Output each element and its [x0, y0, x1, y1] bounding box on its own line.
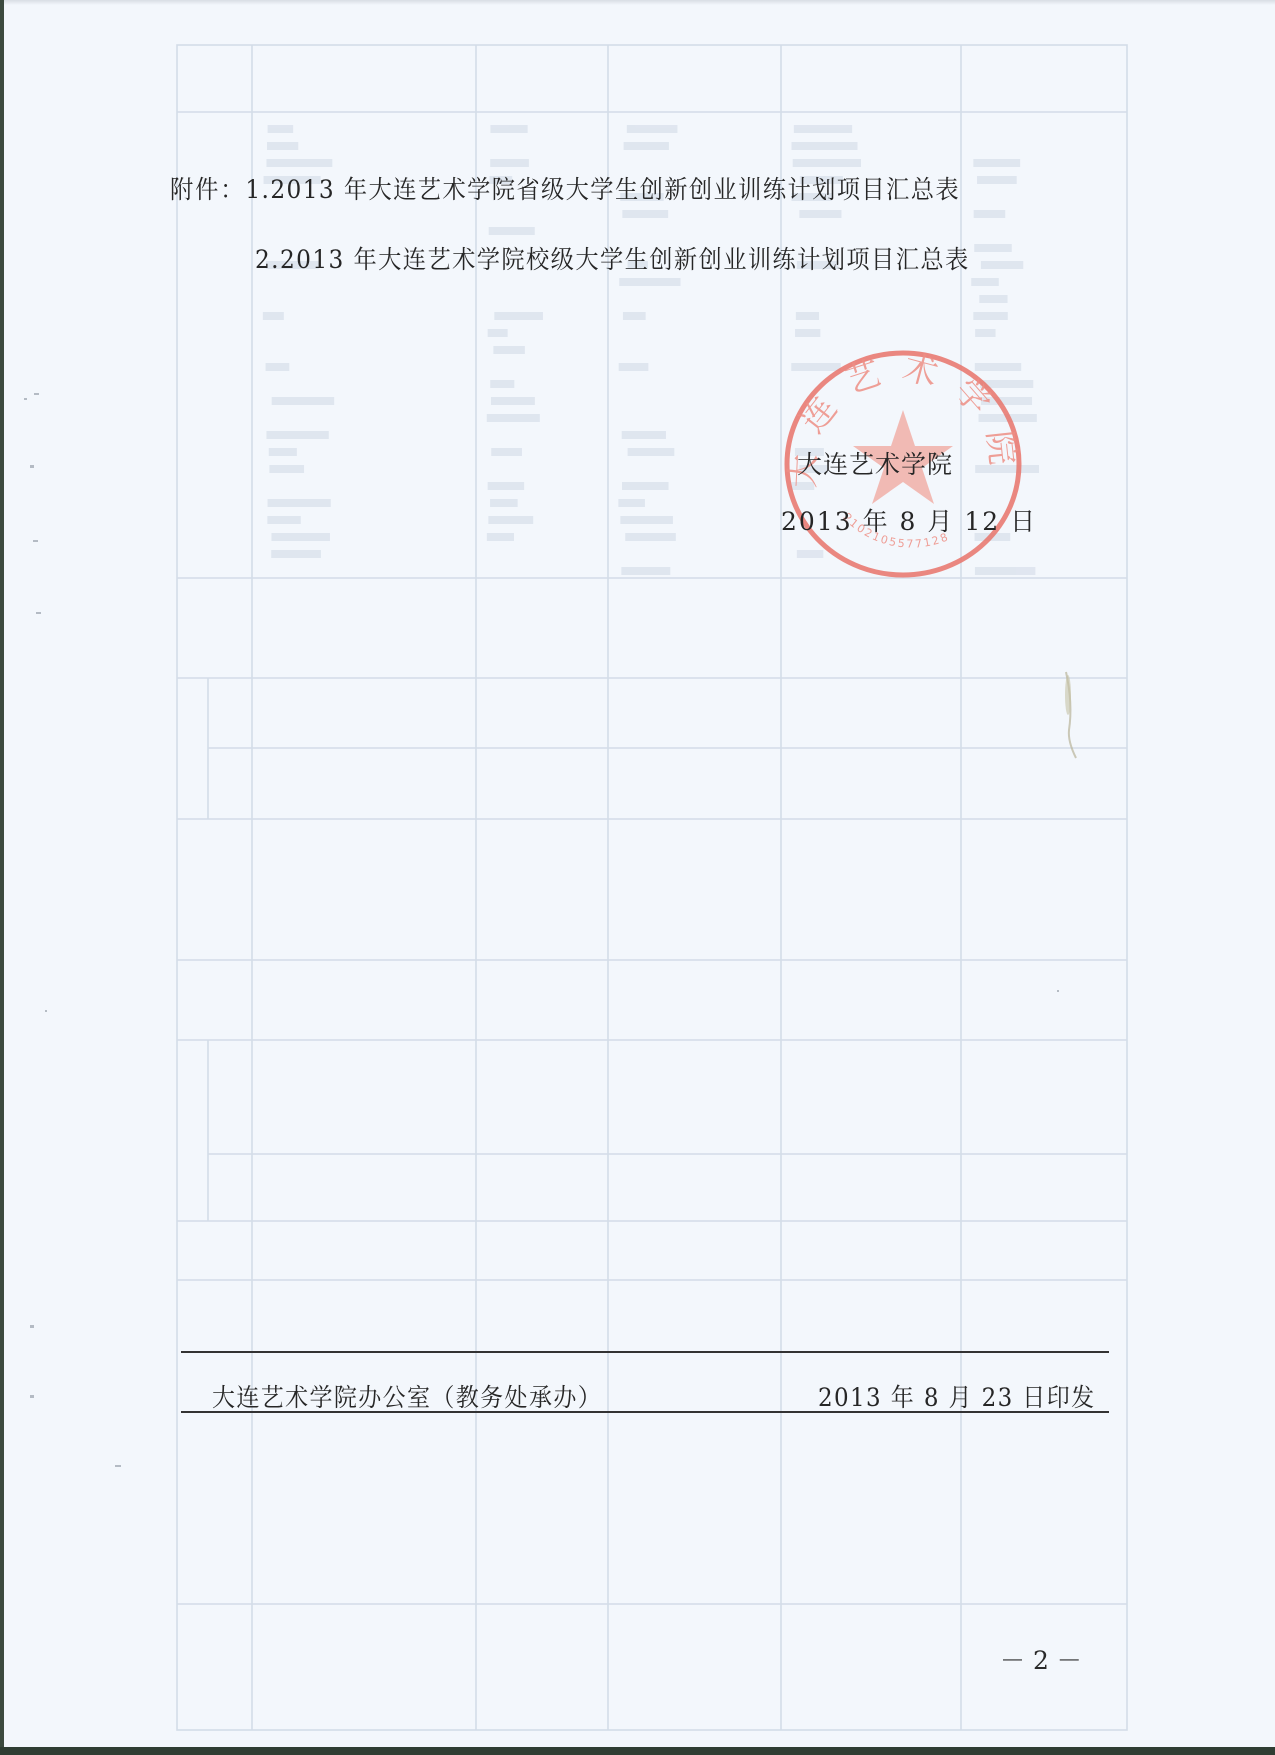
scan-bottom-edge: [0, 1747, 1275, 1755]
scan-specks: [0, 0, 1275, 1755]
